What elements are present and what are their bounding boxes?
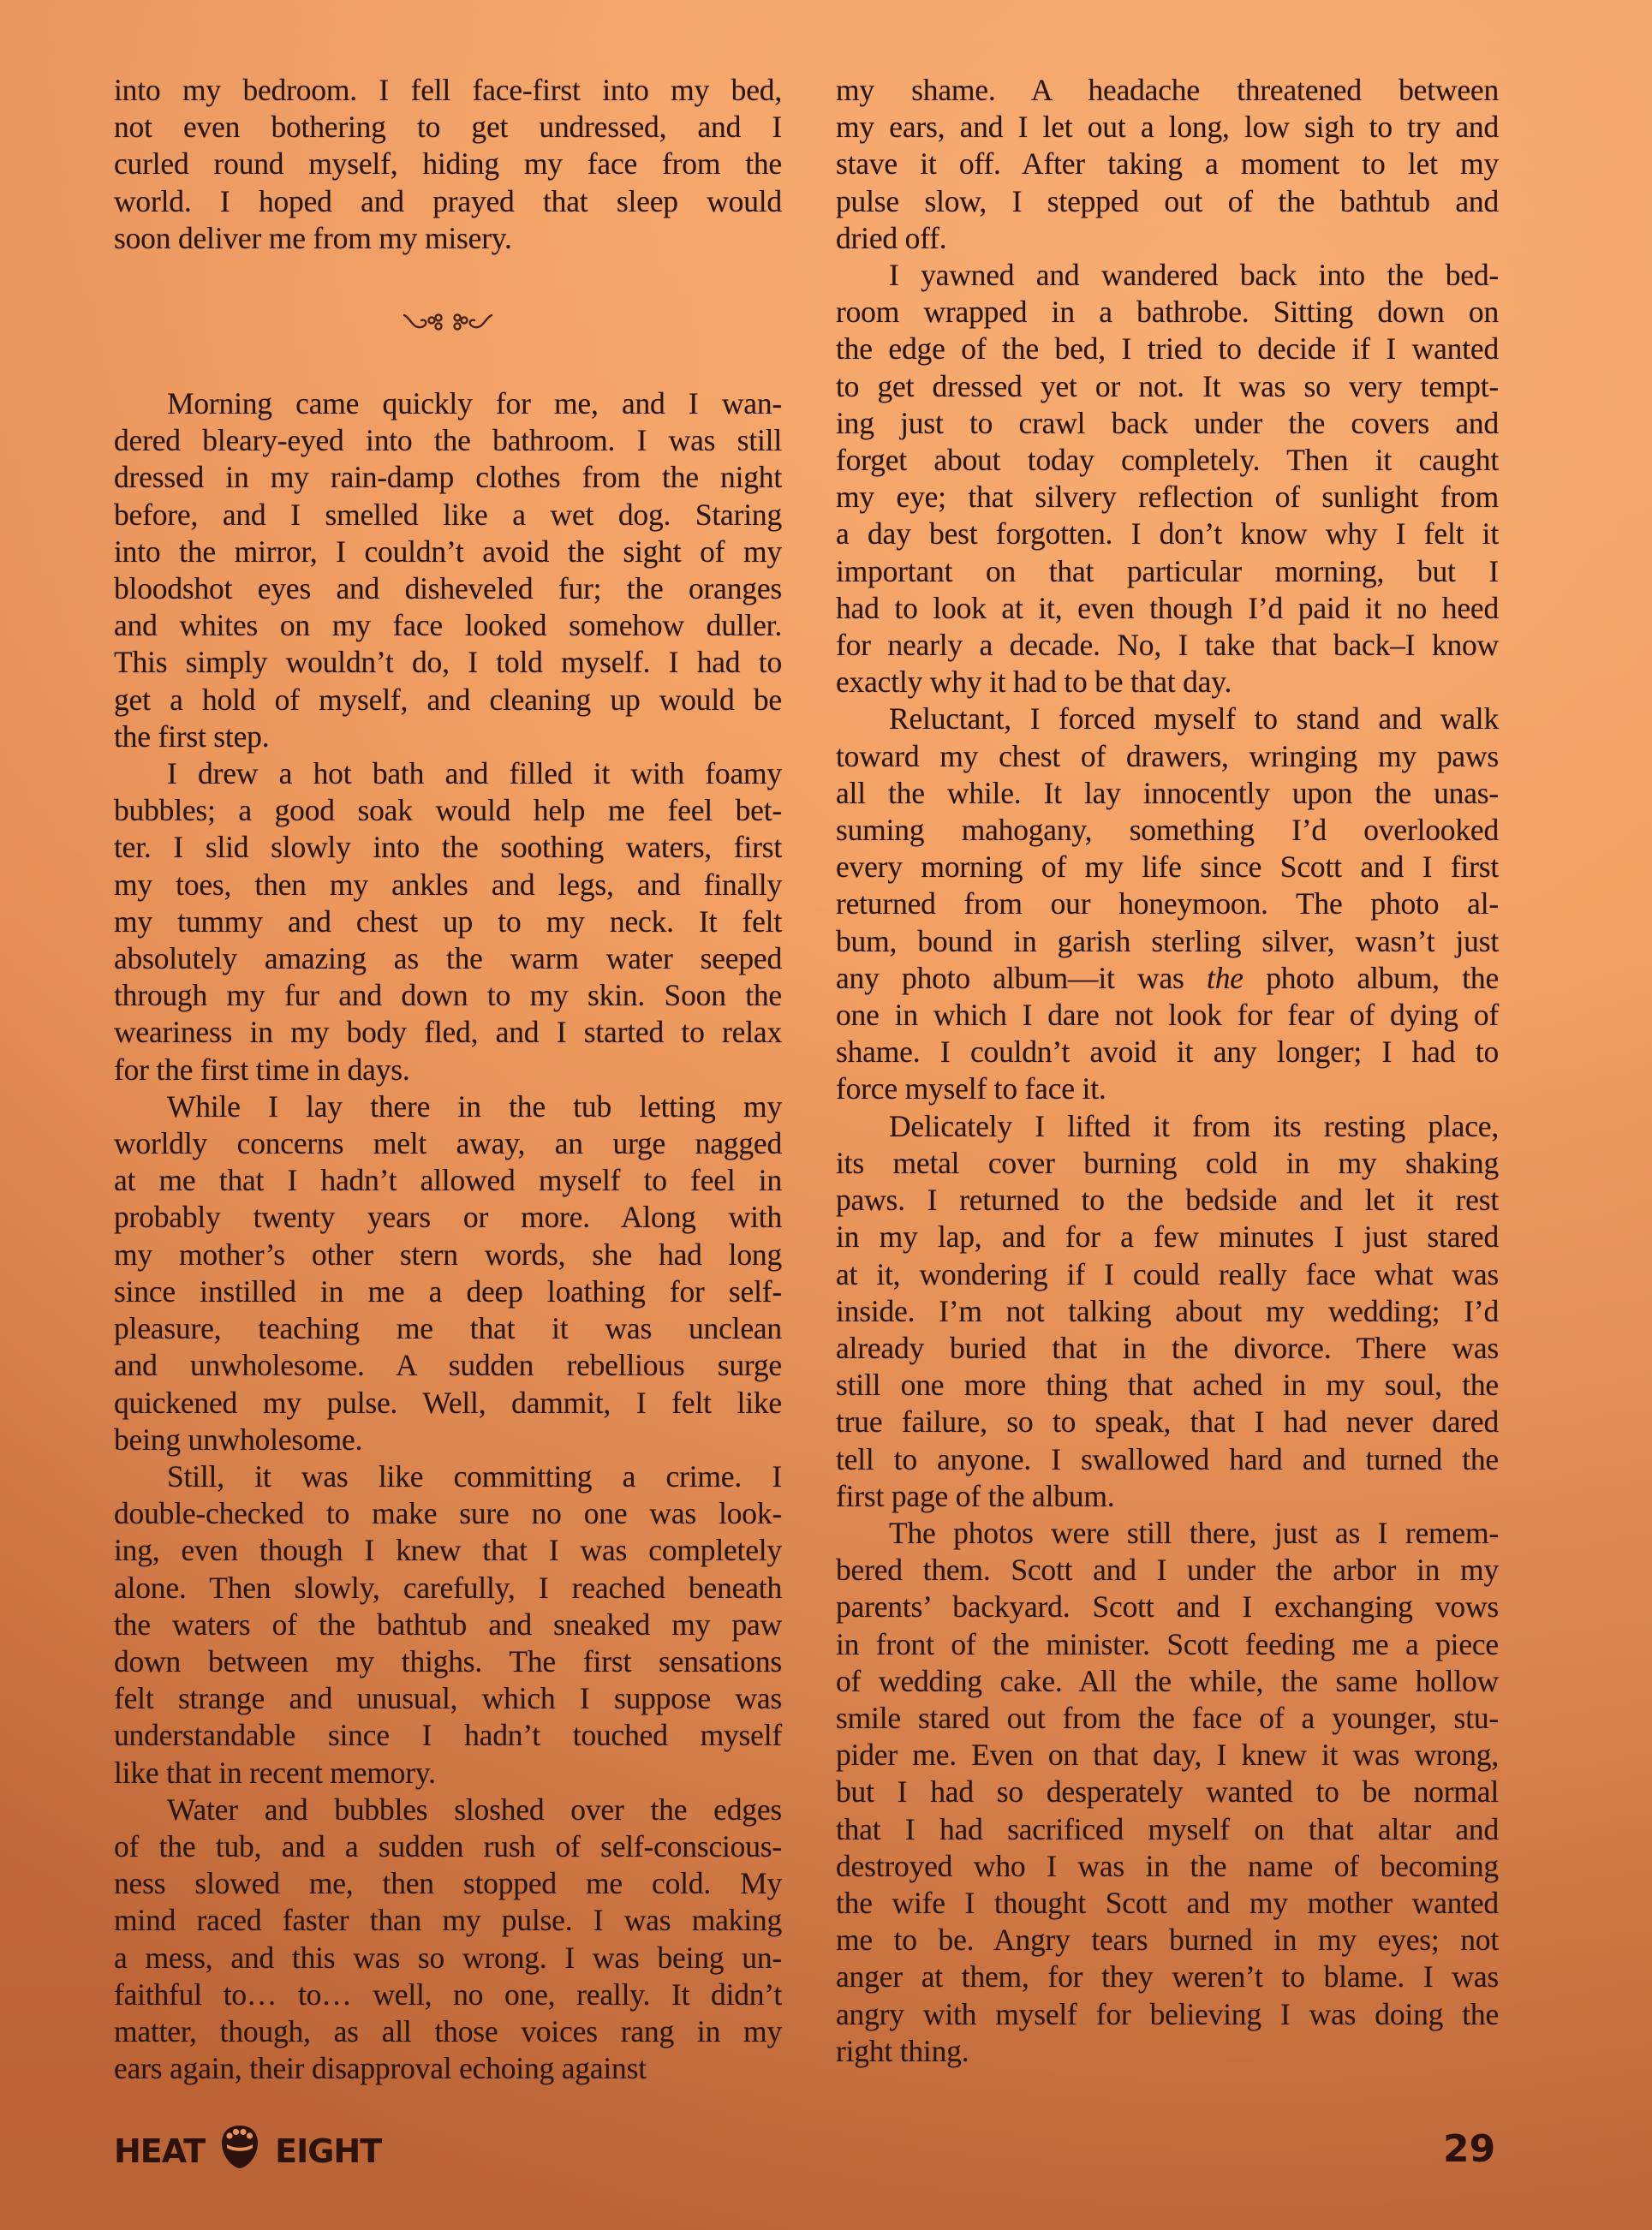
text-line: pulse slow, I stepped out of the bathtub… (836, 183, 1499, 220)
left-text-column: into my bedroom. I fell face-first into … (114, 72, 782, 2087)
text-line: one in which I dare not look for fear of… (836, 997, 1499, 1034)
text-line: bubbles; a good soak would help me feel … (114, 792, 782, 829)
text-line: force myself to face it. (836, 1070, 1499, 1107)
text-line: dered bleary-eyed into the bathroom. I w… (114, 422, 782, 459)
paragraph: Water and bubbles sloshed over the edges… (114, 1792, 782, 2088)
text-line: since instilled in me a deep loathing fo… (114, 1273, 782, 1310)
text-line: had to look at it, even though I’d paid … (836, 590, 1499, 627)
text-line: in my lap, and for a few minutes I just … (836, 1219, 1499, 1255)
text-line: of the tub, and a sudden rush of self-co… (114, 1828, 782, 1865)
paragraph: I yawned and wandered back into the bed-… (836, 257, 1499, 701)
text-line: absolutely amazing as the warm water see… (114, 940, 782, 977)
text-line: weariness in my body fled, and I started… (114, 1014, 782, 1051)
text-line: soon deliver me from my misery. (114, 220, 782, 257)
text-line: suming mahogany, something I’d overlooke… (836, 812, 1499, 849)
text-line: ears again, their disapproval echoing ag… (114, 2050, 782, 2087)
text-line: first page of the album. (836, 1478, 1499, 1515)
text-line: all the while. It lay innocently upon th… (836, 775, 1499, 812)
text-line: Reluctant, I forced myself to stand and … (836, 701, 1499, 737)
text-line: quickened my pulse. Well, dammit, I felt… (114, 1385, 782, 1422)
text-line: but I had so desperately wanted to be no… (836, 1774, 1499, 1810)
text-line: before, and I smelled like a wet dog. St… (114, 497, 782, 534)
text-line: for the first time in days. (114, 1052, 782, 1088)
text-line: faithful to… to… well, no one, really. I… (114, 1977, 782, 2013)
text-line: its metal cover burning cold in my shaki… (836, 1145, 1499, 1182)
text-line: get a hold of myself, and cleaning up wo… (114, 682, 782, 718)
paragraph: Delicately I lifted it from its resting … (836, 1108, 1499, 1515)
text-line: a mess, and this was so wrong. I was bei… (114, 1940, 782, 1977)
text-line: at me that I hadn’t allowed myself to fe… (114, 1162, 782, 1199)
text-line: every morning of my life since Scott and… (836, 849, 1499, 885)
brand-word-heat: HEAT (114, 2132, 205, 2170)
text-line: alone. Then slowly, carefully, I reached… (114, 1570, 782, 1607)
text-line: not even bothering to get undressed, and… (114, 109, 782, 146)
text-line: mind raced faster than my pulse. I was m… (114, 1902, 782, 1939)
text-line: I drew a hot bath and filled it with foa… (114, 755, 782, 792)
text-line: that I had sacrificed myself on that alt… (836, 1811, 1499, 1848)
text-line: and whites on my face looked somehow dul… (114, 607, 782, 644)
text-line: world. I hoped and prayed that sleep wou… (114, 183, 782, 220)
text-line: worldly concerns melt away, an urge nagg… (114, 1125, 782, 1162)
paragraph: my shame. A headache threatened betweenm… (836, 72, 1499, 257)
text-line: Still, it was like committing a crime. I (114, 1458, 782, 1495)
text-line: room wrapped in a bathrobe. Sitting down… (836, 294, 1499, 331)
text-line: matter, though, as all those voices rang… (114, 2013, 782, 2050)
text-line: destroyed who I was in the name of becom… (836, 1848, 1499, 1885)
text-line: the waters of the bathtub and sneaked my… (114, 1607, 782, 1643)
page-footer: HEAT EIGHT 29 (114, 2124, 1652, 2184)
text-line: the first step. (114, 718, 782, 755)
text-line: pider me. Even on that day, I knew it wa… (836, 1737, 1499, 1774)
text-line: forget about today completely. Then it c… (836, 442, 1499, 479)
text-line: understandable since I hadn’t touched my… (114, 1717, 782, 1754)
text-line: dried off. (836, 220, 1499, 257)
text-line: to get dressed yet or not. It was so ver… (836, 368, 1499, 405)
text-line: I yawned and wandered back into the bed- (836, 257, 1499, 294)
paragraph: The photos were still there, just as I r… (836, 1515, 1499, 2070)
text-line: down between my thighs. The first sensat… (114, 1643, 782, 1680)
text-line: Delicately I lifted it from its resting … (836, 1108, 1499, 1145)
text-line: a day best forgotten. I don’t know why I… (836, 516, 1499, 552)
text-line: the edge of the bed, I tried to decide i… (836, 331, 1499, 367)
text-line: the wife I thought Scott and my mother w… (836, 1885, 1499, 1922)
text-line: exactly why it had to be that day. (836, 664, 1499, 701)
text-line: ing, even though I knew that I was compl… (114, 1532, 782, 1569)
text-line: While I lay there in the tub letting my (114, 1088, 782, 1125)
right-text-column: my shame. A headache threatened betweenm… (836, 72, 1499, 2070)
text-line: tell to anyone. I swallowed hard and tur… (836, 1441, 1499, 1478)
text-line: pleasure, teaching me that it was unclea… (114, 1310, 782, 1347)
text-line: my mother’s other stern words, she had l… (114, 1237, 782, 1273)
text-line: my toes, then my ankles and legs, and fi… (114, 867, 782, 903)
italic-emphasis: the (1207, 961, 1243, 995)
text-line: returned from our honeymoon. The photo a… (836, 885, 1499, 922)
text-line: my shame. A headache threatened between (836, 72, 1499, 109)
text-line: being unwholesome. (114, 1422, 782, 1458)
text-line: me to be. Angry tears burned in my eyes;… (836, 1922, 1499, 1959)
text-line: Water and bubbles sloshed over the edges (114, 1792, 782, 1828)
paragraph: I drew a hot bath and filled it with foa… (114, 755, 782, 1088)
text-line: Morning came quickly for me, and I wan- (114, 385, 782, 422)
text-line: smile stared out from the face of a youn… (836, 1700, 1499, 1737)
text-line: my eye; that silvery reflection of sunli… (836, 479, 1499, 516)
section-break-ornament-icon (114, 257, 782, 385)
brand-word-eight: EIGHT (275, 2132, 381, 2170)
text-line: double-checked to make sure no one was l… (114, 1495, 782, 1532)
text-line: already buried that in the divorce. Ther… (836, 1330, 1499, 1367)
text-line: in front of the minister. Scott feeding … (836, 1626, 1499, 1663)
text-line: bered them. Scott and I under the arbor … (836, 1552, 1499, 1589)
text-line: inside. I’m not talking about my wedding… (836, 1293, 1499, 1330)
text-line: bloodshot eyes and disheveled fur; the o… (114, 570, 782, 607)
text-line: paws. I returned to the bedside and let … (836, 1182, 1499, 1219)
text-line: through my fur and down to my skin. Soon… (114, 977, 782, 1014)
text-line: right thing. (836, 2033, 1499, 2070)
text-line: of wedding cake. All the while, the same… (836, 1663, 1499, 1700)
paragraph: into my bedroom. I fell face-first into … (114, 72, 782, 257)
page-number: 29 (1443, 2127, 1495, 2171)
text-line: into my bedroom. I fell face-first into … (114, 72, 782, 109)
text-line: any photo album—it was the photo album, … (836, 960, 1499, 997)
text-line: parents’ backyard. Scott and I exchangin… (836, 1589, 1499, 1625)
paragraph: Morning came quickly for me, and I wan-d… (114, 385, 782, 755)
paw-print-icon (220, 2124, 259, 2178)
text-line: my tummy and chest up to my neck. It fel… (114, 903, 782, 940)
text-line: anger at them, for they weren’t to blame… (836, 1959, 1499, 1995)
text-line: still one more thing that ached in my so… (836, 1367, 1499, 1404)
text-line: true failure, so to speak, that I had ne… (836, 1404, 1499, 1440)
text-line: ness slowed me, then stopped me cold. My (114, 1865, 782, 1902)
text-line: for nearly a decade. No, I take that bac… (836, 627, 1499, 664)
text-line: angry with myself for believing I was do… (836, 1996, 1499, 2033)
text-line: The photos were still there, just as I r… (836, 1515, 1499, 1552)
text-line: at it, wondering if I could really face … (836, 1256, 1499, 1293)
text-line: my ears, and I let out a long, low sigh … (836, 109, 1499, 146)
text-line: shame. I couldn’t avoid it any longer; I… (836, 1034, 1499, 1070)
text-line: probably twenty years or more. Along wit… (114, 1199, 782, 1236)
text-line: dressed in my rain-damp clothes from the… (114, 459, 782, 496)
text-line: stave it off. After taking a moment to l… (836, 146, 1499, 182)
magazine-brand: HEAT EIGHT (114, 2124, 381, 2178)
text-line: bum, bound in garish sterling silver, wa… (836, 923, 1499, 960)
text-line: felt strange and unusual, which I suppos… (114, 1680, 782, 1717)
text-line: This simply wouldn’t do, I told myself. … (114, 644, 782, 681)
text-line: toward my chest of drawers, wringing my … (836, 738, 1499, 775)
text-line: ter. I slid slowly into the soothing wat… (114, 829, 782, 866)
text-line: like that in recent memory. (114, 1755, 782, 1792)
paragraph: Reluctant, I forced myself to stand and … (836, 701, 1499, 1107)
text-line: curled round myself, hiding my face from… (114, 146, 782, 182)
text-line: into the mirror, I couldn’t avoid the si… (114, 534, 782, 570)
text-line: and unwholesome. A sudden rebellious sur… (114, 1347, 782, 1384)
text-line: important on that particular morning, bu… (836, 553, 1499, 590)
paragraph: While I lay there in the tub letting myw… (114, 1088, 782, 1458)
paragraph: Still, it was like committing a crime. I… (114, 1458, 782, 1792)
text-line: ing just to crawl back under the covers … (836, 405, 1499, 442)
